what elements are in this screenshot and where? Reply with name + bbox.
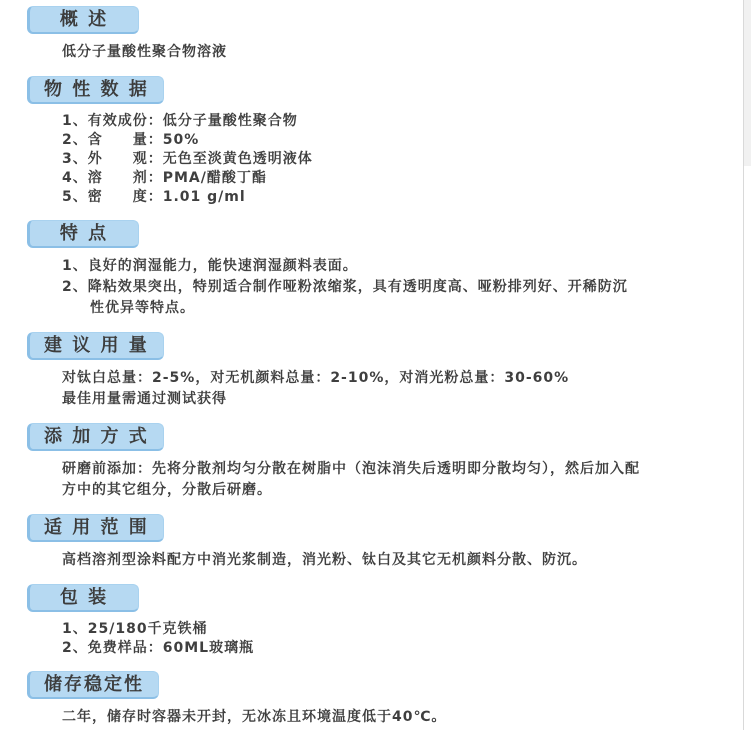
list-item: 2、含 量：50%	[62, 131, 743, 150]
page-corner-strip	[744, 0, 751, 166]
section-addition-method: 添 加 方 式 研磨前添加：先将分散剂均匀分散在树脂中（泡沫消失后透明即分散均匀…	[27, 423, 743, 501]
section-title: 建 议 用 量	[27, 332, 164, 360]
list-item: 1、有效成份：低分子量酸性聚合物	[62, 112, 743, 131]
list-item: 1、良好的润湿能力，能快速润湿颜料表面。	[62, 256, 743, 277]
list-item: 5、密 度：1.01 g/ml	[62, 188, 743, 207]
body-text-line: 研磨前添加：先将分散剂均匀分散在树脂中（泡沫消失后透明即分散均匀），然后加入配	[62, 459, 743, 480]
section-title: 概 述	[27, 6, 139, 34]
body-text-line: 对钛白总量：2-5%，对无机颜料总量：2-10%，对消光粉总量：30-60%	[62, 368, 743, 389]
list-item: 3、外 观：无色至淡黄色透明液体	[62, 150, 743, 169]
body-text-line: 最佳用量需通过测试获得	[62, 389, 743, 410]
body-text-line: 方中的其它组分，分散后研磨。	[62, 480, 743, 501]
document-page: 概 述 低分子量酸性聚合物溶液 物 性 数 据 1、有效成份：低分子量酸性聚合物…	[0, 0, 743, 730]
section-title: 特 点	[27, 220, 139, 248]
body-text-line: 低分子量酸性聚合物溶液	[62, 42, 743, 63]
section-storage-stability: 储存稳定性 二年，储存时容器未开封，无冰冻且环境温度低于40℃。	[27, 671, 743, 728]
section-title: 储存稳定性	[27, 671, 159, 699]
section-packaging: 包 装 1、25/180千克铁桶 2、免费样品：60ML玻璃瓶	[27, 584, 743, 658]
body-text-line: 二年，储存时容器未开封，无冰冻且环境温度低于40℃。	[62, 707, 743, 728]
section-title: 添 加 方 式	[27, 423, 164, 451]
list-item: 2、降粘效果突出，特别适合制作哑粉浓缩浆，具有透明度高、哑粉排列好、开稀防沉	[62, 277, 743, 298]
section-title: 包 装	[27, 584, 139, 612]
section-title: 物 性 数 据	[27, 76, 164, 104]
list-item: 1、25/180千克铁桶	[62, 620, 743, 639]
section-title: 适 用 范 围	[27, 514, 164, 542]
section-dosage: 建 议 用 量 对钛白总量：2-5%，对无机颜料总量：2-10%，对消光粉总量：…	[27, 332, 743, 410]
list-item: 4、溶 剂：PMA/醋酸丁酯	[62, 169, 743, 188]
section-features: 特 点 1、良好的润湿能力，能快速润湿颜料表面。 2、降粘效果突出，特别适合制作…	[27, 220, 743, 319]
body-text-line: 高档溶剂型涂料配方中消光浆制造，消光粉、钛白及其它无机颜料分散、防沉。	[62, 550, 743, 571]
list-item-continuation: 性优异等特点。	[90, 298, 743, 319]
section-physical-data: 物 性 数 据 1、有效成份：低分子量酸性聚合物 2、含 量：50% 3、外 观…	[27, 76, 743, 207]
section-application-scope: 适 用 范 围 高档溶剂型涂料配方中消光浆制造，消光粉、钛白及其它无机颜料分散、…	[27, 514, 743, 571]
section-overview: 概 述 低分子量酸性聚合物溶液	[27, 6, 743, 63]
list-item: 2、免费样品：60ML玻璃瓶	[62, 639, 743, 658]
